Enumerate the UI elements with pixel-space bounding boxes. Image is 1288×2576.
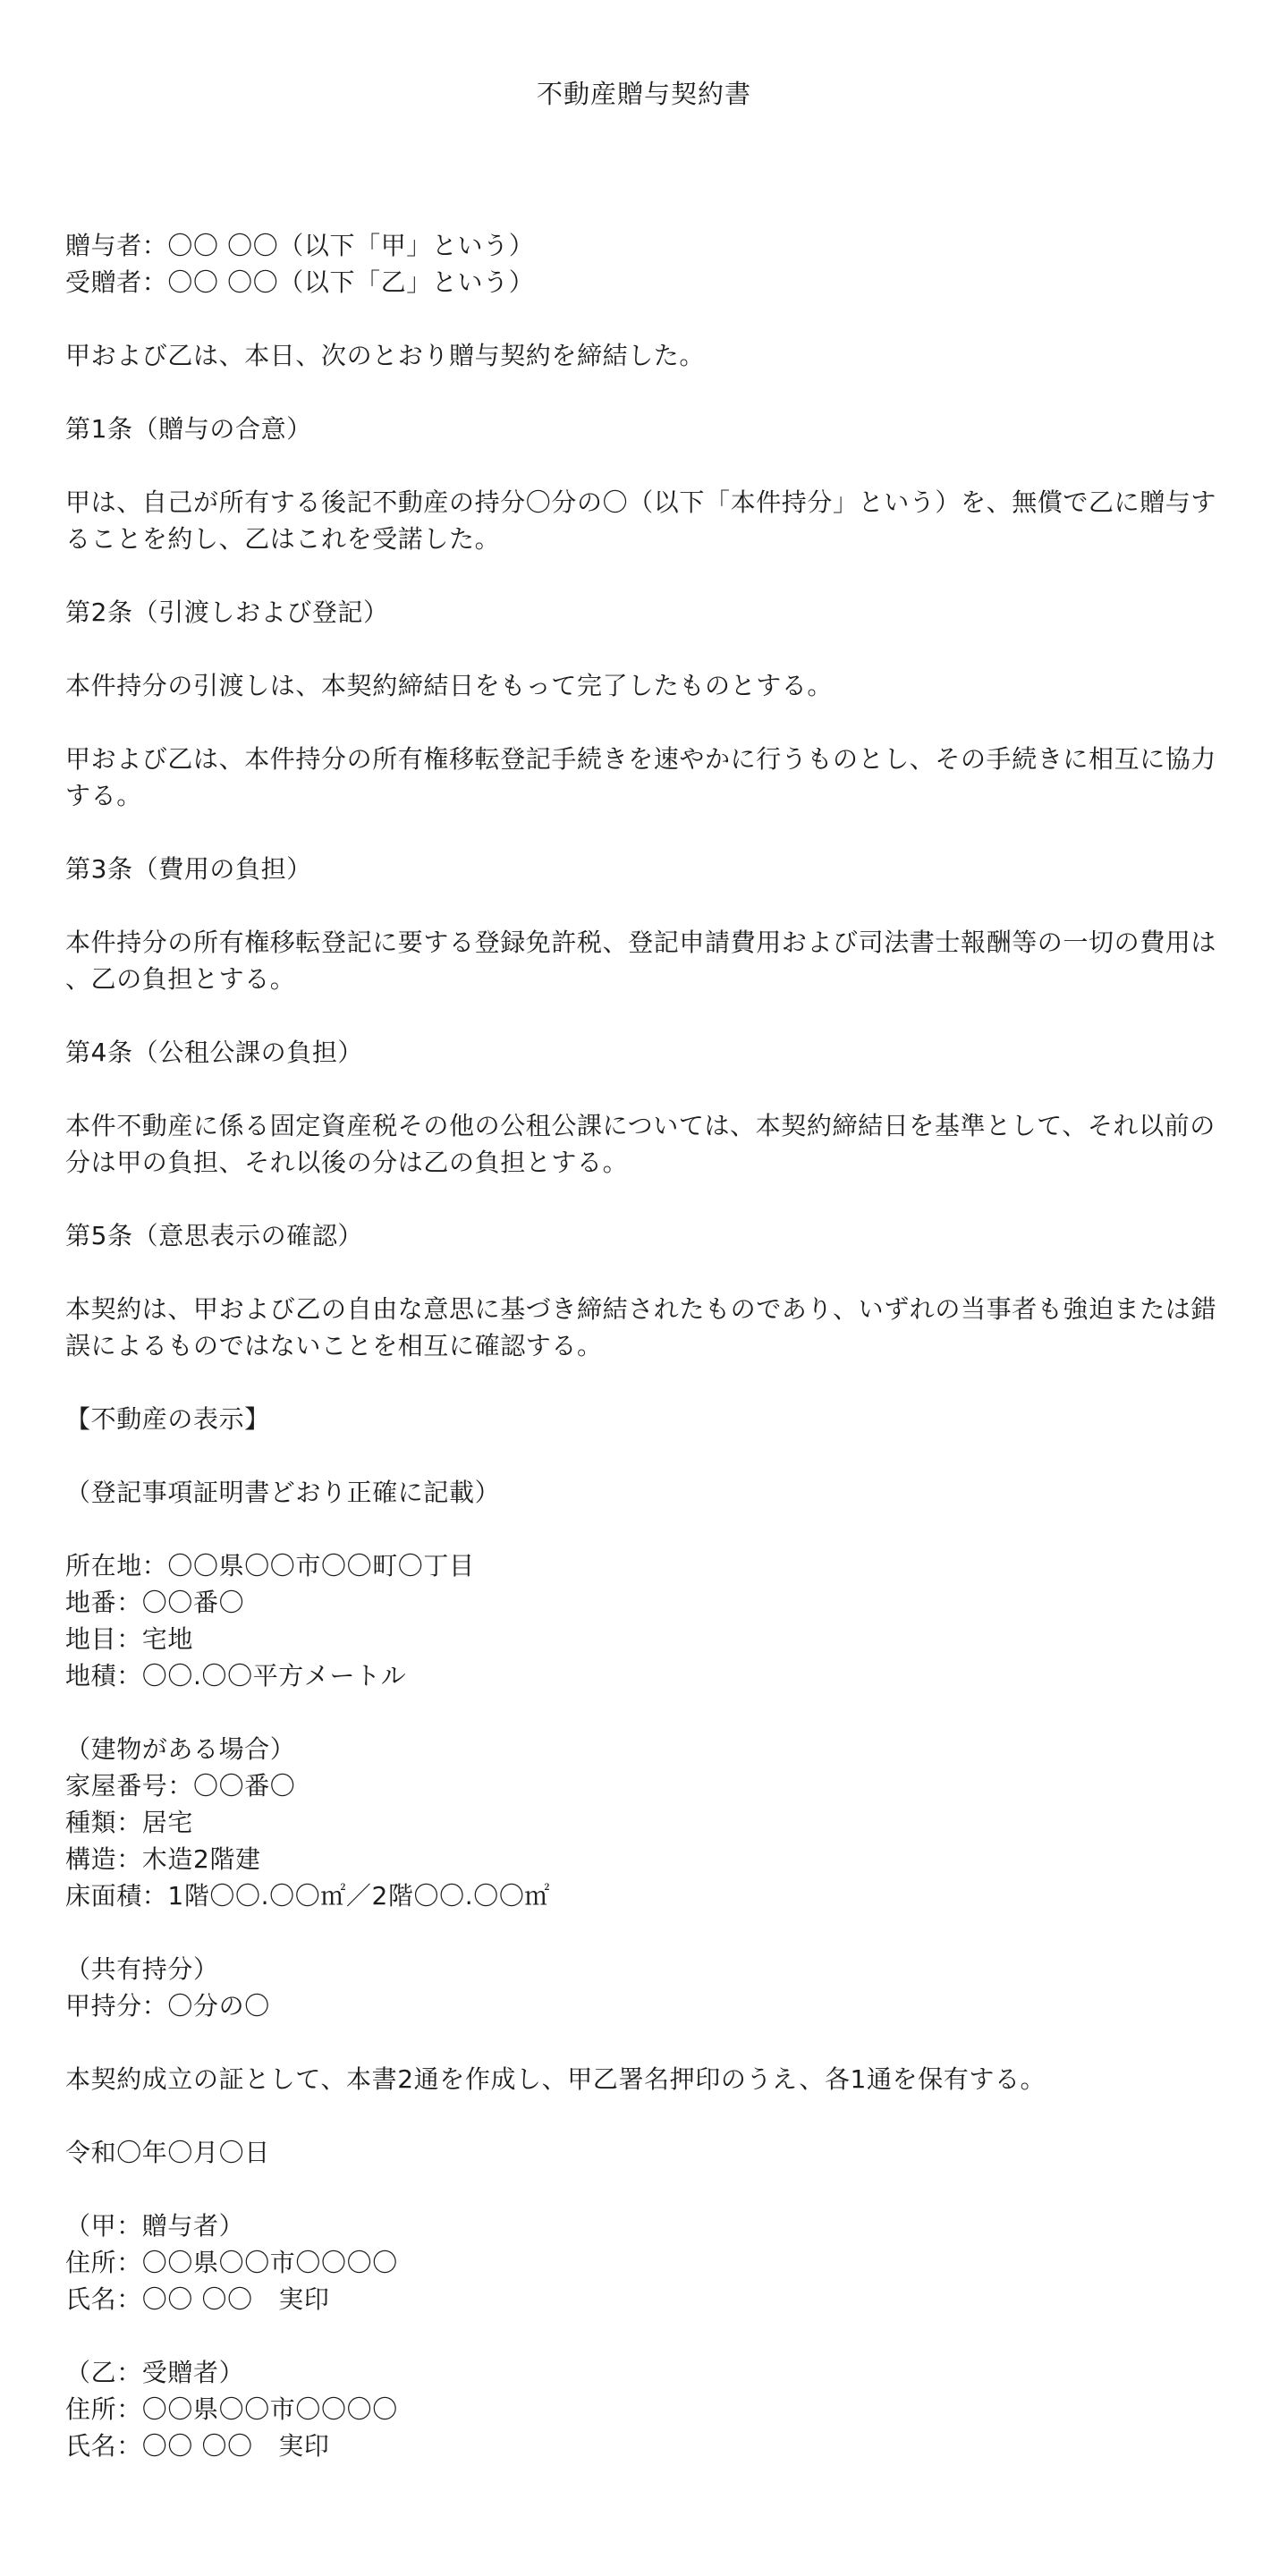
land-area: 地積：〇〇.〇〇平方メートル: [65, 1657, 1228, 1694]
spacer: [65, 301, 1228, 337]
spacer: [65, 997, 1228, 1034]
article-3: 第3条（費用の負担） 本件持分の所有権移転登記に要する登録免許税、登記申請費用お…: [65, 851, 1228, 997]
share-heading: （共有持分）: [65, 1951, 1228, 1987]
spacer: [65, 704, 1228, 741]
donee-line: 受贈者：〇〇 〇〇（以下「乙」という）: [65, 264, 1228, 301]
article-paragraph: 本件不動産に係る固定資産税その他の公租公課については、本契約締結日を基準として、…: [65, 1107, 1228, 1181]
spacer: [65, 814, 1228, 851]
share-value: 甲持分：〇分の〇: [65, 1987, 1228, 2024]
spacer: [65, 631, 1228, 667]
spacer: [65, 2171, 1228, 2207]
article-heading: 第4条（公租公課の負担）: [65, 1034, 1228, 1071]
contract-date: 令和〇年〇月〇日: [65, 2134, 1228, 2171]
document-title: 不動産贈与契約書: [0, 77, 1288, 111]
signature-donee: （乙：受贈者） 住所：〇〇県〇〇市〇〇〇〇 氏名：〇〇 〇〇 実印: [65, 2354, 1228, 2464]
article-paragraph: 本件持分の所有権移転登記に要する登録免許税、登記申請費用および司法書士報酬等の一…: [65, 924, 1228, 997]
article-paragraph: 本件持分の引渡しは、本契約締結日をもって完了したものとする。: [65, 667, 1228, 704]
property-note: （登記事項証明書どおり正確に記載）: [65, 1474, 1228, 1511]
spacer: [65, 1181, 1228, 1217]
land-details: 所在地：〇〇県〇〇市〇〇町〇丁目 地番：〇〇番〇 地目：宅地 地積：〇〇.〇〇平…: [65, 1547, 1228, 1694]
spacer: [65, 1511, 1228, 1547]
property-section: 【不動産の表示】 （登記事項証明書どおり正確に記載） 所在地：〇〇県〇〇市〇〇町…: [65, 1401, 1228, 2024]
article-paragraph: 本契約は、甲および乙の自由な意思に基づき締結されたものであり、いずれの当事者も強…: [65, 1291, 1228, 1364]
building-heading: （建物がある場合）: [65, 1731, 1228, 1767]
signature-address: 住所：〇〇県〇〇市〇〇〇〇: [65, 2391, 1228, 2428]
spacer: [65, 1071, 1228, 1107]
land-category: 地目：宅地: [65, 1621, 1228, 1657]
preamble: 甲および乙は、本日、次のとおり贈与契約を締結した。: [65, 337, 1228, 374]
article-5: 第5条（意思表示の確認） 本契約は、甲および乙の自由な意思に基づき締結されたもの…: [65, 1217, 1228, 1364]
spacer: [65, 1694, 1228, 1731]
spacer: [65, 1254, 1228, 1291]
article-1: 第1条（贈与の合意） 甲は、自己が所有する後記不動産の持分〇分の〇（以下「本件持…: [65, 411, 1228, 557]
article-paragraph: 甲および乙は、本件持分の所有権移転登記手続きを速やかに行うものとし、その手続きに…: [65, 741, 1228, 814]
parties-section: 贈与者：〇〇 〇〇（以下「甲」という） 受贈者：〇〇 〇〇（以下「乙」という）: [65, 227, 1228, 301]
article-2: 第2条（引渡しおよび登記） 本件持分の引渡しは、本契約締結日をもって完了したもの…: [65, 594, 1228, 814]
building-floor-area: 床面積：1階〇〇.〇〇㎡／2階〇〇.〇〇㎡: [65, 1877, 1228, 1914]
article-heading: 第1条（贈与の合意）: [65, 411, 1228, 447]
donor-line: 贈与者：〇〇 〇〇（以下「甲」という）: [65, 227, 1228, 264]
land-lot-number: 地番：〇〇番〇: [65, 1584, 1228, 1621]
spacer: [65, 2024, 1228, 2061]
spacer: [65, 1437, 1228, 1474]
signature-name: 氏名：〇〇 〇〇 実印: [65, 2428, 1228, 2464]
article-heading: 第3条（費用の負担）: [65, 851, 1228, 887]
spacer: [65, 374, 1228, 411]
building-structure: 構造：木造2階建: [65, 1841, 1228, 1877]
building-details: （建物がある場合） 家屋番号：〇〇番〇 種類：居宅 構造：木造2階建 床面積：1…: [65, 1731, 1228, 1914]
closing-statement: 本契約成立の証として、本書2通を作成し、甲乙署名押印のうえ、各1通を保有する。: [65, 2061, 1228, 2097]
signature-address: 住所：〇〇県〇〇市〇〇〇〇: [65, 2244, 1228, 2281]
signature-name: 氏名：〇〇 〇〇 実印: [65, 2281, 1228, 2318]
land-location: 所在地：〇〇県〇〇市〇〇町〇丁目: [65, 1547, 1228, 1584]
property-heading: 【不動産の表示】: [65, 1401, 1228, 1437]
signature-donor: （甲：贈与者） 住所：〇〇県〇〇市〇〇〇〇 氏名：〇〇 〇〇 実印: [65, 2207, 1228, 2318]
article-heading: 第5条（意思表示の確認）: [65, 1217, 1228, 1254]
spacer: [65, 557, 1228, 594]
spacer: [65, 447, 1228, 484]
share-details: （共有持分） 甲持分：〇分の〇: [65, 1951, 1228, 2024]
spacer: [65, 887, 1228, 924]
article-paragraph: 甲は、自己が所有する後記不動産の持分〇分の〇（以下「本件持分」という）を、無償で…: [65, 484, 1228, 557]
article-heading: 第2条（引渡しおよび登記）: [65, 594, 1228, 631]
spacer: [65, 2097, 1228, 2134]
spacer: [65, 2318, 1228, 2354]
spacer: [65, 1364, 1228, 1401]
spacer: [65, 1914, 1228, 1951]
signature-heading: （乙：受贈者）: [65, 2354, 1228, 2391]
document-body: 贈与者：〇〇 〇〇（以下「甲」という） 受贈者：〇〇 〇〇（以下「乙」という） …: [65, 227, 1228, 2464]
article-4: 第4条（公租公課の負担） 本件不動産に係る固定資産税その他の公租公課については、…: [65, 1034, 1228, 1181]
building-number: 家屋番号：〇〇番〇: [65, 1767, 1228, 1804]
signature-heading: （甲：贈与者）: [65, 2207, 1228, 2244]
building-type: 種類：居宅: [65, 1804, 1228, 1841]
